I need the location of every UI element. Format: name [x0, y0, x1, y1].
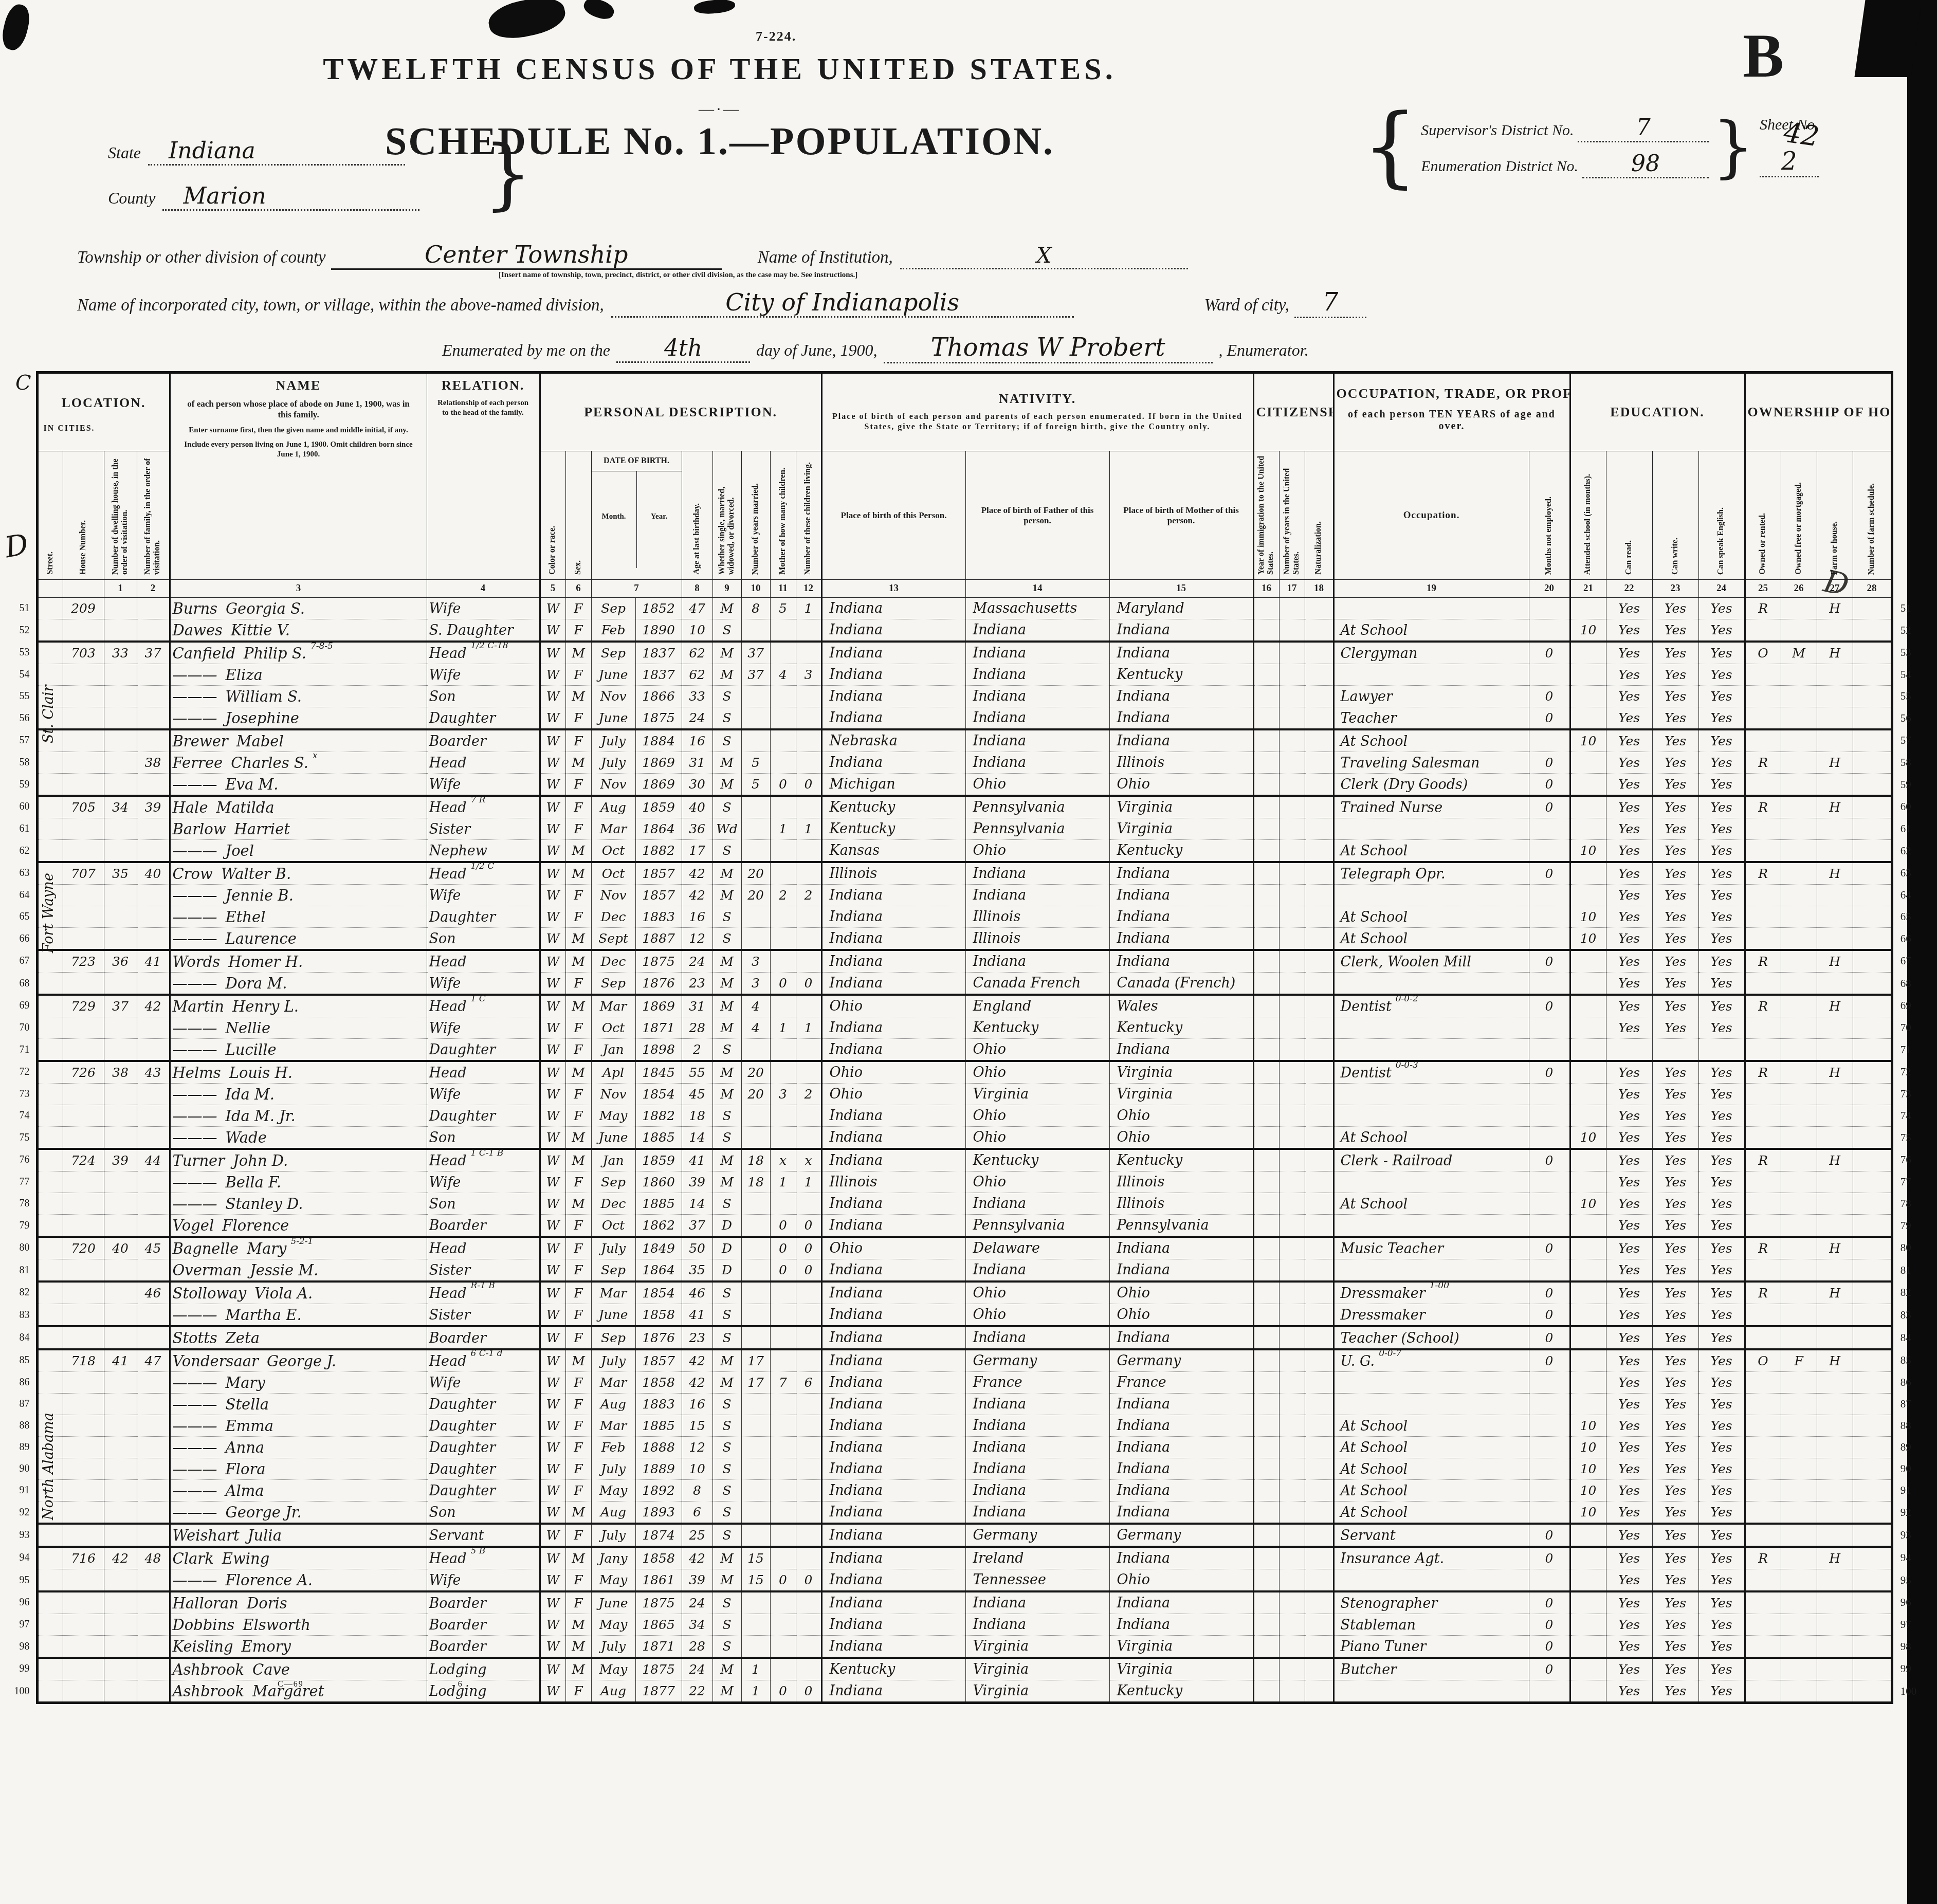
cell-attended-school [1570, 1524, 1606, 1547]
cell-marital-status: D [712, 1237, 741, 1259]
cell-children-living [796, 1349, 821, 1372]
cell-owned-rented [1745, 1127, 1781, 1149]
cell-immigration-year [1253, 1502, 1279, 1524]
cell-farm-schedule [1853, 1636, 1892, 1658]
cell-farm-house [1817, 707, 1853, 730]
cell-years-in-us [1279, 1084, 1305, 1105]
cell-name: MartinHenry L. [170, 995, 427, 1017]
group-citizenship: CITIZENSHIP. [1253, 373, 1333, 451]
col-can-read: Can read. [1606, 451, 1652, 580]
cell-years-in-us [1279, 1680, 1305, 1703]
cell-dwelling-number [104, 1372, 137, 1394]
street-name-vertical: Fort Wayne [41, 800, 57, 1026]
cell-owned-rented [1745, 1458, 1781, 1480]
cell-house-number [63, 1480, 104, 1502]
cell-attended-school: 10 [1570, 928, 1606, 950]
cell-pob-person: Indiana [821, 1304, 965, 1327]
cell-pob-person: Indiana [821, 1591, 965, 1614]
cell-occupation [1333, 1017, 1529, 1039]
cell-sex: M [565, 1636, 591, 1658]
line-number-right: 51 [1892, 598, 1928, 619]
cell-street [37, 1105, 63, 1127]
cell-farm-house [1817, 619, 1853, 642]
cell-immigration-year [1253, 1569, 1279, 1592]
cell-pob-person: Indiana [821, 598, 965, 619]
cell-street [37, 1591, 63, 1614]
line-number-right: 74 [1892, 1105, 1928, 1127]
cell-farm-schedule [1853, 1524, 1892, 1547]
cell-pob-person: Indiana [821, 1193, 965, 1215]
enumeration-district-label: Enumeration District No. [1421, 158, 1578, 175]
cell-mother-of-children [770, 752, 796, 774]
cell-street [37, 1039, 63, 1061]
col-mother-of-children: Mother of how many children. [770, 451, 796, 580]
cell-can-read: Yes [1606, 1680, 1652, 1703]
cell-free-mortgaged [1781, 1569, 1817, 1592]
cell-pob-mother: Ohio [1109, 1304, 1253, 1327]
cell-house-number [63, 664, 104, 686]
cell-dwelling-number [104, 1127, 137, 1149]
cell-attended-school [1570, 1061, 1606, 1084]
cell-house-number [63, 840, 104, 863]
cell-farm-house: H [1817, 642, 1853, 664]
cell-house-number [63, 1524, 104, 1547]
cell-children-living: 2 [796, 885, 821, 906]
cell-house-number [63, 1372, 104, 1394]
cell-pob-father: Delaware [965, 1237, 1109, 1259]
line-number-right: 94 [1892, 1547, 1928, 1569]
cell-years-in-us [1279, 1127, 1305, 1149]
cell-pob-person: Kentucky [821, 818, 965, 840]
cell-can-write: Yes [1652, 1149, 1698, 1171]
cell-age: 34 [682, 1614, 712, 1636]
cell-free-mortgaged [1781, 1193, 1817, 1215]
col-dwelling-number: Number of dwelling house, in the order o… [104, 451, 137, 580]
cell-family-number [137, 1458, 170, 1480]
cell-color-race: W [540, 840, 565, 863]
cell-birth-month: July [591, 752, 635, 774]
cell-can-read: Yes [1606, 928, 1652, 950]
cell-birth-year: 1858 [635, 1547, 682, 1569]
cell-age: 41 [682, 1304, 712, 1327]
cell-pob-father: Indiana [965, 950, 1109, 973]
cell-can-write: Yes [1652, 1458, 1698, 1480]
cell-family-number [137, 1372, 170, 1394]
cell-farm-house [1817, 1084, 1853, 1105]
cell-birth-month: June [591, 1304, 635, 1327]
cell-family-number [137, 906, 170, 928]
cell-age: 14 [682, 1193, 712, 1215]
cell-family-number [137, 1259, 170, 1282]
cell-can-write: Yes [1652, 928, 1698, 950]
cell-occupation: Stableman [1333, 1614, 1529, 1636]
cell-dwelling-number [104, 1591, 137, 1614]
cell-owned-rented [1745, 707, 1781, 730]
cell-color-race: W [540, 1458, 565, 1480]
cell-birth-year: 1882 [635, 840, 682, 863]
cell-house-number [63, 1105, 104, 1127]
cell-birth-year: 1885 [635, 1415, 682, 1437]
cell-name: ———Stanley D. [170, 1193, 427, 1215]
cell-age: 8 [682, 1480, 712, 1502]
cell-years-married: 17 [741, 1372, 770, 1394]
line-number-left: 98 [8, 1636, 37, 1658]
cell-occupation [1333, 1215, 1529, 1237]
cell-mother-of-children [770, 1326, 796, 1349]
cell-marital-status: M [712, 1680, 741, 1703]
cell-can-speak-english: Yes [1698, 840, 1745, 863]
cell-house-number [63, 928, 104, 950]
cell-can-read: Yes [1606, 1259, 1652, 1282]
cell-color-race: W [540, 1372, 565, 1394]
cell-relation: Boarder [427, 1591, 540, 1614]
cell-sex: F [565, 818, 591, 840]
cell-attended-school [1570, 707, 1606, 730]
cell-farm-house [1817, 1524, 1853, 1547]
cell-farm-schedule [1853, 1127, 1892, 1149]
cell-mother-of-children [770, 1039, 796, 1061]
cell-birth-month: Sep [591, 1259, 635, 1282]
cell-age: 25 [682, 1524, 712, 1547]
cell-owned-rented [1745, 1415, 1781, 1437]
cell-occupation [1333, 1680, 1529, 1703]
cell-years-married: 20 [741, 885, 770, 906]
cell-attended-school: 10 [1570, 619, 1606, 642]
cell-occupation [1333, 1259, 1529, 1282]
cell-birth-month: Sep [591, 642, 635, 664]
line-number-left: 51 [8, 598, 37, 619]
cell-naturalization [1305, 862, 1333, 885]
col-house-number: House Number. [63, 451, 104, 580]
cell-name: ———Nellie [170, 1017, 427, 1039]
cell-attended-school [1570, 774, 1606, 796]
cell-years-married [741, 1259, 770, 1282]
cell-birth-year: 1858 [635, 1304, 682, 1327]
cell-naturalization [1305, 995, 1333, 1017]
cell-can-speak-english: Yes [1698, 1127, 1745, 1149]
cell-age: 42 [682, 885, 712, 906]
cell-naturalization [1305, 1614, 1333, 1636]
cell-birth-year: 1866 [635, 686, 682, 707]
line-number-right: 80 [1892, 1237, 1928, 1259]
cell-occupation [1333, 1105, 1529, 1127]
cell-family-number [137, 885, 170, 906]
cell-can-write: Yes [1652, 1480, 1698, 1502]
line-number-right: 62 [1892, 840, 1928, 863]
cell-birth-year: 1864 [635, 818, 682, 840]
cell-pob-father: Germany [965, 1349, 1109, 1372]
cell-pob-father: Kentucky [965, 1149, 1109, 1171]
cell-attended-school [1570, 1591, 1606, 1614]
cell-years-in-us [1279, 729, 1305, 752]
col-pob-person: Place of birth of this Person. [821, 451, 965, 580]
cell-farm-house [1817, 1039, 1853, 1061]
cell-pob-mother: Indiana [1109, 1614, 1253, 1636]
cell-color-race: W [540, 1084, 565, 1105]
state-label: State [108, 143, 141, 162]
cell-attended-school [1570, 973, 1606, 995]
cell-name: ———Eva M. [170, 774, 427, 796]
cell-birth-year: 1877 [635, 1680, 682, 1703]
line-number-left: 70 [8, 1017, 37, 1039]
cell-farm-house: H [1817, 1061, 1853, 1084]
cell-can-speak-english: Yes [1698, 1524, 1745, 1547]
cell-family-number [137, 1171, 170, 1193]
cell-name: ———Dora M. [170, 973, 427, 995]
line-number-right: 58 [1892, 752, 1928, 774]
cell-children-living [796, 752, 821, 774]
cell-birth-year: 1893 [635, 1502, 682, 1524]
cell-can-speak-english: Yes [1698, 796, 1745, 818]
cell-owned-rented [1745, 1658, 1781, 1680]
cell-house-number: 209 [63, 598, 104, 619]
cell-years-married [741, 1193, 770, 1215]
cell-house-number [63, 752, 104, 774]
cell-farm-house: H [1817, 950, 1853, 973]
cell-color-race: W [540, 1394, 565, 1415]
cell-can-speak-english: Yes [1698, 1259, 1745, 1282]
cell-attended-school [1570, 1215, 1606, 1237]
cell-marital-status: S [712, 1105, 741, 1127]
cell-occupation: Clerk - Railroad [1333, 1149, 1529, 1171]
line-number-left: 59 [8, 774, 37, 796]
cell-sex: M [565, 995, 591, 1017]
cell-can-read: Yes [1606, 1547, 1652, 1569]
cell-sex: M [565, 1658, 591, 1680]
line-number-left: 79 [8, 1215, 37, 1237]
cell-age: 47 [682, 598, 712, 619]
cell-dwelling-number: 38 [104, 1061, 137, 1084]
cell-years-married: 37 [741, 642, 770, 664]
cell-free-mortgaged [1781, 1237, 1817, 1259]
cell-years-in-us [1279, 598, 1305, 619]
cell-family-number [137, 1415, 170, 1437]
cell-house-number: 726 [63, 1061, 104, 1084]
cell-years-in-us [1279, 840, 1305, 863]
cell-birth-month: Mar [591, 995, 635, 1017]
cell-can-speak-english: Yes [1698, 774, 1745, 796]
cell-pob-person: Indiana [821, 950, 965, 973]
cell-house-number [63, 1394, 104, 1415]
cell-pob-mother: Indiana [1109, 1039, 1253, 1061]
cell-birth-month: Apl [591, 1061, 635, 1084]
cell-can-write: Yes [1652, 1415, 1698, 1437]
cell-birth-year: 1885 [635, 1127, 682, 1149]
cell-sex: M [565, 642, 591, 664]
cell-free-mortgaged [1781, 818, 1817, 840]
cell-children-living [796, 1415, 821, 1437]
cell-can-speak-english: Yes [1698, 1437, 1745, 1458]
cell-can-write: Yes [1652, 774, 1698, 796]
cell-mother-of-children [770, 928, 796, 950]
cell-family-number [137, 774, 170, 796]
cell-marital-status: S [712, 729, 741, 752]
cell-street [37, 1259, 63, 1282]
cell-sex: M [565, 1502, 591, 1524]
cell-age: 22 [682, 1680, 712, 1703]
cell-immigration-year [1253, 1127, 1279, 1149]
cell-mother-of-children [770, 707, 796, 730]
line-number-right: 85 [1892, 1349, 1928, 1372]
cell-immigration-year [1253, 1614, 1279, 1636]
cell-name: AshbrookMargaret [170, 1680, 427, 1703]
cell-can-write: Yes [1652, 1237, 1698, 1259]
line-number-right: 81 [1892, 1259, 1928, 1282]
cell-pob-person: Indiana [821, 1149, 965, 1171]
cell-dwelling-number [104, 1215, 137, 1237]
cell-can-write: Yes [1652, 1017, 1698, 1039]
cell-family-number [137, 1569, 170, 1592]
cell-years-married: 4 [741, 995, 770, 1017]
cell-birth-month: July [591, 1237, 635, 1259]
cell-mother-of-children: 2 [770, 885, 796, 906]
cell-attended-school: 10 [1570, 1480, 1606, 1502]
cell-immigration-year [1253, 818, 1279, 840]
cell-farm-schedule [1853, 642, 1892, 664]
cell-birth-month: June [591, 707, 635, 730]
cell-sex: M [565, 1149, 591, 1171]
cell-sex: F [565, 885, 591, 906]
cell-pob-mother: Virginia [1109, 1061, 1253, 1084]
cell-owned-rented: R [1745, 752, 1781, 774]
col-years-in-us: Number of years in the United States. [1279, 451, 1305, 580]
cell-attended-school [1570, 862, 1606, 885]
cell-owned-rented: R [1745, 1547, 1781, 1569]
table-row: 88 ———Emma Daughter W F Mar 1885 15 S In… [8, 1415, 1928, 1437]
cell-free-mortgaged [1781, 1171, 1817, 1193]
cell-children-living [796, 729, 821, 752]
cell-children-living [796, 1127, 821, 1149]
cell-relation: Boarder [427, 1614, 540, 1636]
cell-can-read: Yes [1606, 1349, 1652, 1372]
cell-owned-rented [1745, 1171, 1781, 1193]
cell-can-speak-english: Yes [1698, 1171, 1745, 1193]
cell-pob-mother: Ohio [1109, 1105, 1253, 1127]
cell-name: KeislingEmory [170, 1636, 427, 1658]
cell-relation: Daughter [427, 1458, 540, 1480]
cell-owned-rented [1745, 1502, 1781, 1524]
cell-can-speak-english: Yes [1698, 1415, 1745, 1437]
cell-occupation: Dentist0-0-3 [1333, 1061, 1529, 1084]
cell-farm-schedule [1853, 686, 1892, 707]
cell-mother-of-children [770, 862, 796, 885]
cell-sex: M [565, 1061, 591, 1084]
cell-birth-month: May [591, 1569, 635, 1592]
cell-street [37, 1326, 63, 1349]
cell-house-number [63, 619, 104, 642]
cell-owned-rented: R [1745, 598, 1781, 619]
cell-months-not-employed: 0 [1529, 1304, 1570, 1327]
cell-occupation: Dressmaker [1333, 1304, 1529, 1327]
cell-relation: Head [427, 752, 540, 774]
cell-pob-mother: Indiana [1109, 642, 1253, 664]
line-number-left: 57 [8, 729, 37, 752]
cell-dwelling-number: 40 [104, 1237, 137, 1259]
col-children-living: Number of these children living. [796, 451, 821, 580]
cell-pob-father: Pennsylvania [965, 818, 1109, 840]
cell-relation: Son [427, 686, 540, 707]
cell-pob-person: Indiana [821, 1281, 965, 1304]
table-row: 67 723 36 41 WordsHomer H. Head W M Dec … [8, 950, 1928, 973]
cell-pob-mother: Indiana [1109, 1480, 1253, 1502]
cell-immigration-year [1253, 1193, 1279, 1215]
cell-years-married: 15 [741, 1547, 770, 1569]
cell-house-number [63, 1193, 104, 1215]
cell-children-living [796, 642, 821, 664]
cell-relation: Lodging [427, 1658, 540, 1680]
cell-birth-month: July [591, 1349, 635, 1372]
cell-attended-school [1570, 1039, 1606, 1061]
group-location: LOCATION. IN CITIES. [37, 373, 170, 451]
cell-dwelling-number: 33 [104, 642, 137, 664]
cell-mother-of-children: 1 [770, 1171, 796, 1193]
cell-name: ———Ethel [170, 906, 427, 928]
cell-age: 16 [682, 729, 712, 752]
cell-immigration-year [1253, 619, 1279, 642]
cell-free-mortgaged [1781, 950, 1817, 973]
cell-can-read: Yes [1606, 774, 1652, 796]
cell-pob-mother: Virginia [1109, 796, 1253, 818]
line-number-left: 97 [8, 1614, 37, 1636]
cell-years-married [741, 1039, 770, 1061]
cell-birth-year: 1875 [635, 1658, 682, 1680]
cell-birth-month: Oct [591, 862, 635, 885]
cell-house-number [63, 1458, 104, 1480]
sheet-letter: B [1743, 21, 1784, 91]
cell-pob-father: Tennessee [965, 1569, 1109, 1592]
cell-immigration-year [1253, 1458, 1279, 1480]
cell-can-speak-english [1698, 1039, 1745, 1061]
cell-naturalization [1305, 664, 1333, 686]
cell-family-number [137, 619, 170, 642]
line-number-right: 52 [1892, 619, 1928, 642]
cell-relation: Daughter [427, 1437, 540, 1458]
cell-pob-person: Kentucky [821, 796, 965, 818]
cell-dwelling-number [104, 619, 137, 642]
cell-can-read: Yes [1606, 995, 1652, 1017]
cell-marital-status: M [712, 1084, 741, 1105]
cell-free-mortgaged [1781, 1259, 1817, 1282]
line-number-left: 53 [8, 642, 37, 664]
cell-color-race: W [540, 1415, 565, 1437]
line-number-right: 71 [1892, 1039, 1928, 1061]
table-row: 74 ———Ida M. Jr. Daughter W F May 1882 1… [8, 1105, 1928, 1127]
cell-sex: M [565, 752, 591, 774]
table-row: 70 ———Nellie Wife W F Oct 1871 28 M 4 1 … [8, 1017, 1928, 1039]
cell-pob-father: Indiana [965, 642, 1109, 664]
cell-farm-schedule [1853, 1458, 1892, 1480]
cell-years-in-us [1279, 1349, 1305, 1372]
cell-years-in-us [1279, 1149, 1305, 1171]
cell-relation: Head1 C [427, 995, 540, 1017]
cell-dwelling-number [104, 928, 137, 950]
cell-years-married: 20 [741, 862, 770, 885]
cell-birth-month: Sep [591, 1326, 635, 1349]
cell-free-mortgaged [1781, 1039, 1817, 1061]
cell-relation: Daughter [427, 707, 540, 730]
cell-color-race: W [540, 598, 565, 619]
cell-marital-status: M [712, 1017, 741, 1039]
cell-relation: Son [427, 1502, 540, 1524]
cell-sex: F [565, 1281, 591, 1304]
cell-family-number: 43 [137, 1061, 170, 1084]
cell-dwelling-number: 34 [104, 796, 137, 818]
col-owned-or-rented: Owned or rented. [1745, 451, 1781, 580]
cell-can-write: Yes [1652, 862, 1698, 885]
cell-farm-house [1817, 973, 1853, 995]
cell-house-number [63, 707, 104, 730]
table-row: 80 720 40 45 BagnelleMary5-2-1 Head W F … [8, 1237, 1928, 1259]
